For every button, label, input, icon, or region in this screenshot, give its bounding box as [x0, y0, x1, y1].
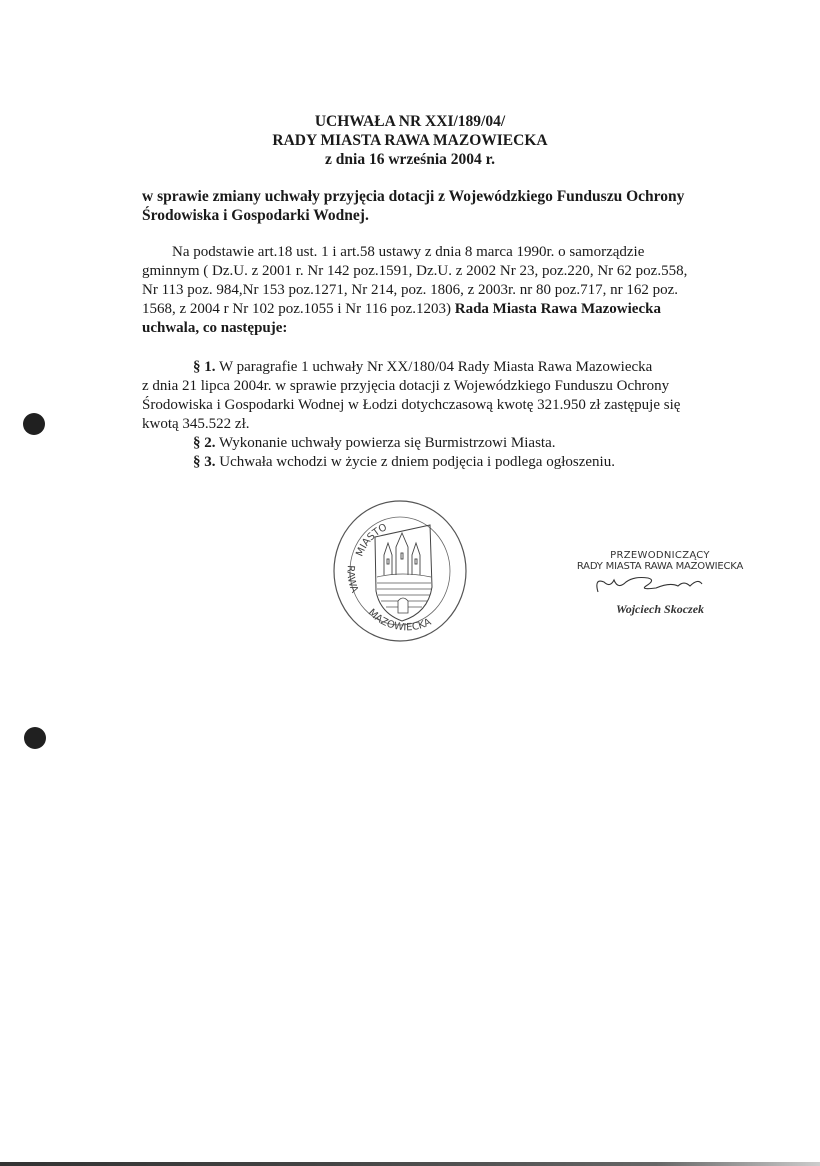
preamble-line-3: Nr 113 poz. 984,Nr 153 poz.1271, Nr 214,… [142, 281, 742, 300]
handwritten-signature-icon [560, 572, 760, 598]
legal-basis-preamble: Na podstawie art.18 ust. 1 i art.58 usta… [142, 243, 742, 338]
paragraph-1-line-2: z dnia 21 lipca 2004r. w sprawie przyjęc… [142, 377, 762, 396]
paragraph-1-line-4: kwotą 345.522 zł. [142, 415, 762, 434]
paragraph-1-line-3: Środowiska i Gospodarki Wodnej w Łodzi d… [142, 396, 762, 415]
paragraph-1-mark: § 1. [193, 359, 216, 375]
paragraph-3: § 3. Uchwała wchodzi w życie z dniem pod… [142, 453, 762, 472]
paragraph-1-line-1: § 1. W paragrafie 1 uchwały Nr XX/180/04… [142, 358, 762, 377]
enacting-formula: uchwala, co następuje: [142, 319, 742, 338]
paragraph-2-text: Wykonanie uchwały powierza się Burmistrz… [216, 435, 556, 451]
preamble-line-4-text: 1568, z 2004 r Nr 102 poz.1055 i Nr 116 … [142, 301, 455, 317]
scan-bottom-edge [0, 1162, 820, 1166]
paragraph-1-text: W paragrafie 1 uchwały Nr XX/180/04 Rady… [216, 359, 653, 375]
signatory-name: Wojciech Skoczek [560, 602, 760, 617]
scanned-document-page: UCHWAŁA NR XXI/189/04/ RADY MIASTA RAWA … [0, 0, 820, 1166]
resolution-date: z dnia 16 września 2004 r. [0, 150, 820, 169]
paragraph-2-mark: § 2. [193, 435, 216, 451]
paragraph-3-mark: § 3. [193, 454, 216, 470]
paragraph-2: § 2. Wykonanie uchwały powierza się Burm… [142, 434, 762, 453]
preamble-line-2: gminnym ( Dz.U. z 2001 r. Nr 142 poz.159… [142, 262, 742, 281]
council-name: RADY MIASTA RAWA MAZOWIECKA [0, 131, 820, 150]
svg-text:MIASTO: MIASTO [354, 522, 389, 558]
svg-text:RAWA: RAWA [344, 565, 359, 595]
preamble-line-1: Na podstawie art.18 ust. 1 i art.58 usta… [142, 243, 742, 262]
signature-block: PRZEWODNICZĄCY RADY MIASTA RAWA MAZOWIEC… [560, 550, 760, 617]
council-enacting-name: Rada Miasta Rawa Mazowiecka [455, 301, 661, 317]
punch-hole-icon [23, 413, 45, 435]
city-seal-stamp-icon: MIASTO RAWA MAZOWIECKA [330, 495, 470, 645]
signatory-role-line-2: RADY MIASTA RAWA MAZOWIECKA [560, 561, 760, 572]
punch-hole-icon [24, 727, 46, 749]
preamble-line-4: 1568, z 2004 r Nr 102 poz.1055 i Nr 116 … [142, 300, 742, 319]
resolution-paragraphs: § 1. W paragrafie 1 uchwały Nr XX/180/04… [142, 358, 762, 472]
resolution-header: UCHWAŁA NR XXI/189/04/ RADY MIASTA RAWA … [0, 112, 820, 169]
signatory-role-line-1: PRZEWODNICZĄCY [560, 550, 760, 561]
subject-line-1: w sprawie zmiany uchwały przyjęcia dotac… [142, 187, 762, 206]
paragraph-3-text: Uchwała wchodzi w życie z dniem podjęcia… [216, 454, 615, 470]
resolution-subject: w sprawie zmiany uchwały przyjęcia dotac… [142, 187, 762, 225]
resolution-number: UCHWAŁA NR XXI/189/04/ [0, 112, 820, 131]
subject-line-2: Środowiska i Gospodarki Wodnej. [142, 206, 762, 225]
